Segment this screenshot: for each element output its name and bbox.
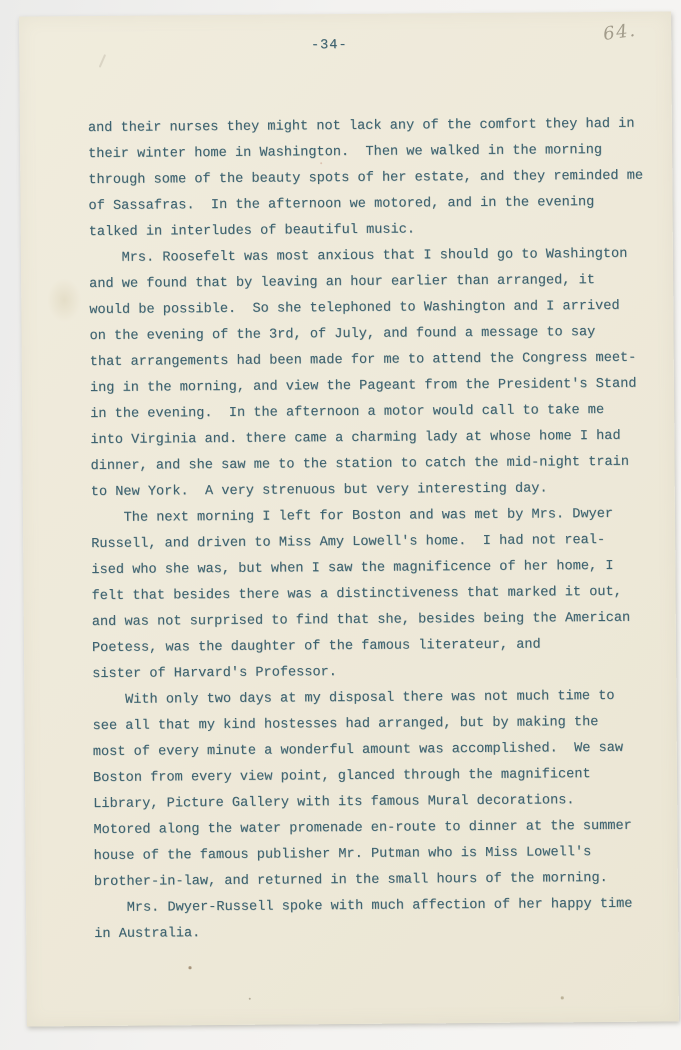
typed-text-block: and their nurses they might not lack any… (88, 112, 665, 948)
paper-crease (99, 54, 106, 68)
paper-speck (561, 996, 564, 999)
typed-line: Boston from every view point, glanced th… (93, 762, 663, 792)
corner-annotation: 64. (602, 20, 638, 45)
page-number: -34- (19, 36, 639, 56)
paper-speck (189, 966, 192, 969)
typed-line: and was not surprised to find that she, … (92, 606, 662, 636)
typed-line: of Sassafras. In the afternoon we motore… (88, 190, 658, 220)
document-page: -34- 64. and their nurses they might not… (19, 11, 679, 1026)
paper-stain (47, 278, 81, 322)
paper-speck (320, 162, 322, 164)
typed-line: dinner, and she saw me to the station to… (90, 450, 660, 480)
typed-line: Mrs. Dwyer-Russell spoke with much affec… (94, 892, 664, 922)
paper-speck (249, 998, 251, 1000)
typed-line: in Australia. (94, 918, 664, 948)
